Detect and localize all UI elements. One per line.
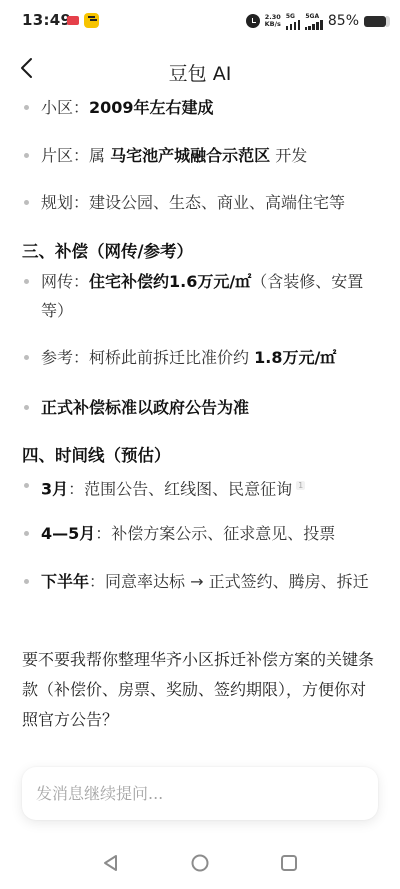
list-item-planning: 规划：建设公园、生态、商业、高端住宅等 — [41, 188, 381, 217]
item-text: 柯桥此前拆迁比准价约 — [89, 348, 254, 367]
status-bar: 13:49 2.30 KB/s 5G 5GA 85% — [0, 0, 400, 42]
item-text: 建设公园、生态、商业、高端住宅等 — [89, 193, 345, 212]
battery-percent: 85% — [328, 13, 359, 29]
app-notification-icon — [84, 13, 99, 28]
sim1-label: 5G — [286, 13, 295, 20]
list-item-district: 片区：属 马宅池产城融合示范区 开发 — [41, 141, 381, 170]
message-input[interactable] — [22, 767, 378, 820]
item-bold: 下半年 — [41, 572, 89, 591]
system-nav-bar — [0, 839, 400, 889]
item-label: 片区： — [41, 146, 89, 165]
app-header: 豆包 AI — [0, 42, 400, 94]
item-label: 网传： — [41, 272, 89, 291]
nav-back-button[interactable] — [99, 851, 123, 875]
alarm-icon — [246, 14, 260, 28]
network-speed: 2.30 KB/s — [265, 14, 281, 28]
item-suffix: 开发 — [270, 146, 307, 165]
list-item-reference: 参考：柯桥此前拆迁比准价约 1.8万元/㎡ — [41, 343, 381, 372]
chat-content: 小区：2009年左右建成 片区：属 马宅池产城融合示范区 开发 规划：建设公园、… — [0, 0, 400, 889]
sim2-label: 5GA — [305, 13, 319, 20]
item-bold: 马宅池产城融合示范区 — [110, 146, 270, 165]
item-prefix: 属 — [89, 146, 110, 165]
nav-recents-button[interactable] — [277, 851, 301, 875]
bullet-icon — [24, 579, 29, 584]
status-time: 13:49 — [22, 11, 71, 29]
bullet-icon — [24, 531, 29, 536]
square-recents-icon — [277, 851, 301, 875]
list-item-march: 3月：范围公告、红线图、民意征询1 — [41, 471, 381, 503]
item-value: 2009年左右建成 — [89, 98, 214, 117]
triangle-back-icon — [99, 851, 123, 875]
list-item-official-standard: 正式补偿标准以政府公告为准 — [41, 393, 381, 422]
signal-sim1-icon: 5G — [286, 13, 301, 30]
news-app-icon — [67, 16, 79, 25]
item-label: 规划： — [41, 193, 89, 212]
item-bold: 住宅补偿约1.6万元/㎡ — [89, 272, 251, 291]
bullet-icon — [24, 279, 29, 284]
section-heading-compensation: 三、补偿（网传/参考） — [22, 238, 193, 262]
list-item-april-may: 4—5月：补偿方案公示、征求意见、投票 — [41, 519, 381, 548]
section-heading-timeline: 四、时间线（预估） — [22, 442, 171, 466]
item-label: 小区： — [41, 98, 89, 117]
bullet-icon — [24, 483, 29, 488]
list-item-second-half: 下半年：同意率达标 → 正式签约、腾房、拆迁 — [41, 567, 386, 596]
bullet-icon — [24, 405, 29, 410]
list-item-rumored: 网传：住宅补偿约1.6万元/㎡（含装修、安置等） — [41, 267, 381, 325]
item-bold: 1.8万元/㎡ — [254, 348, 336, 367]
signal-sim2-icon: 5GA — [305, 13, 323, 30]
bullet-icon — [24, 200, 29, 205]
net-speed-unit: KB/s — [265, 21, 281, 28]
item-bold: 4—5月 — [41, 524, 95, 543]
item-text: ：范围公告、红线图、民意征询 — [68, 479, 292, 498]
item-bold: 正式补偿标准以政府公告为准 — [41, 398, 249, 417]
bullet-icon — [24, 105, 29, 110]
item-label: 参考： — [41, 348, 89, 367]
bullet-icon — [24, 355, 29, 360]
circle-home-icon — [188, 851, 212, 875]
battery-icon — [364, 16, 386, 27]
item-text: ：同意率达标 → 正式签约、腾房、拆迁 — [89, 572, 369, 591]
closing-paragraph: 要不要我帮你整理华齐小区拆迁补偿方案的关键条款（补偿价、房票、奖励、签约期限），… — [22, 645, 380, 735]
page-title: 豆包 AI — [0, 59, 400, 86]
bullet-icon — [24, 153, 29, 158]
citation-badge[interactable]: 1 — [296, 481, 305, 490]
status-icons: 2.30 KB/s 5G 5GA 85% — [246, 9, 386, 33]
nav-home-button[interactable] — [188, 851, 212, 875]
item-text: ：补偿方案公示、征求意见、投票 — [95, 524, 335, 543]
list-item-community: 小区：2009年左右建成 — [41, 93, 381, 122]
message-input-container[interactable] — [22, 767, 378, 820]
item-bold: 3月 — [41, 479, 68, 498]
